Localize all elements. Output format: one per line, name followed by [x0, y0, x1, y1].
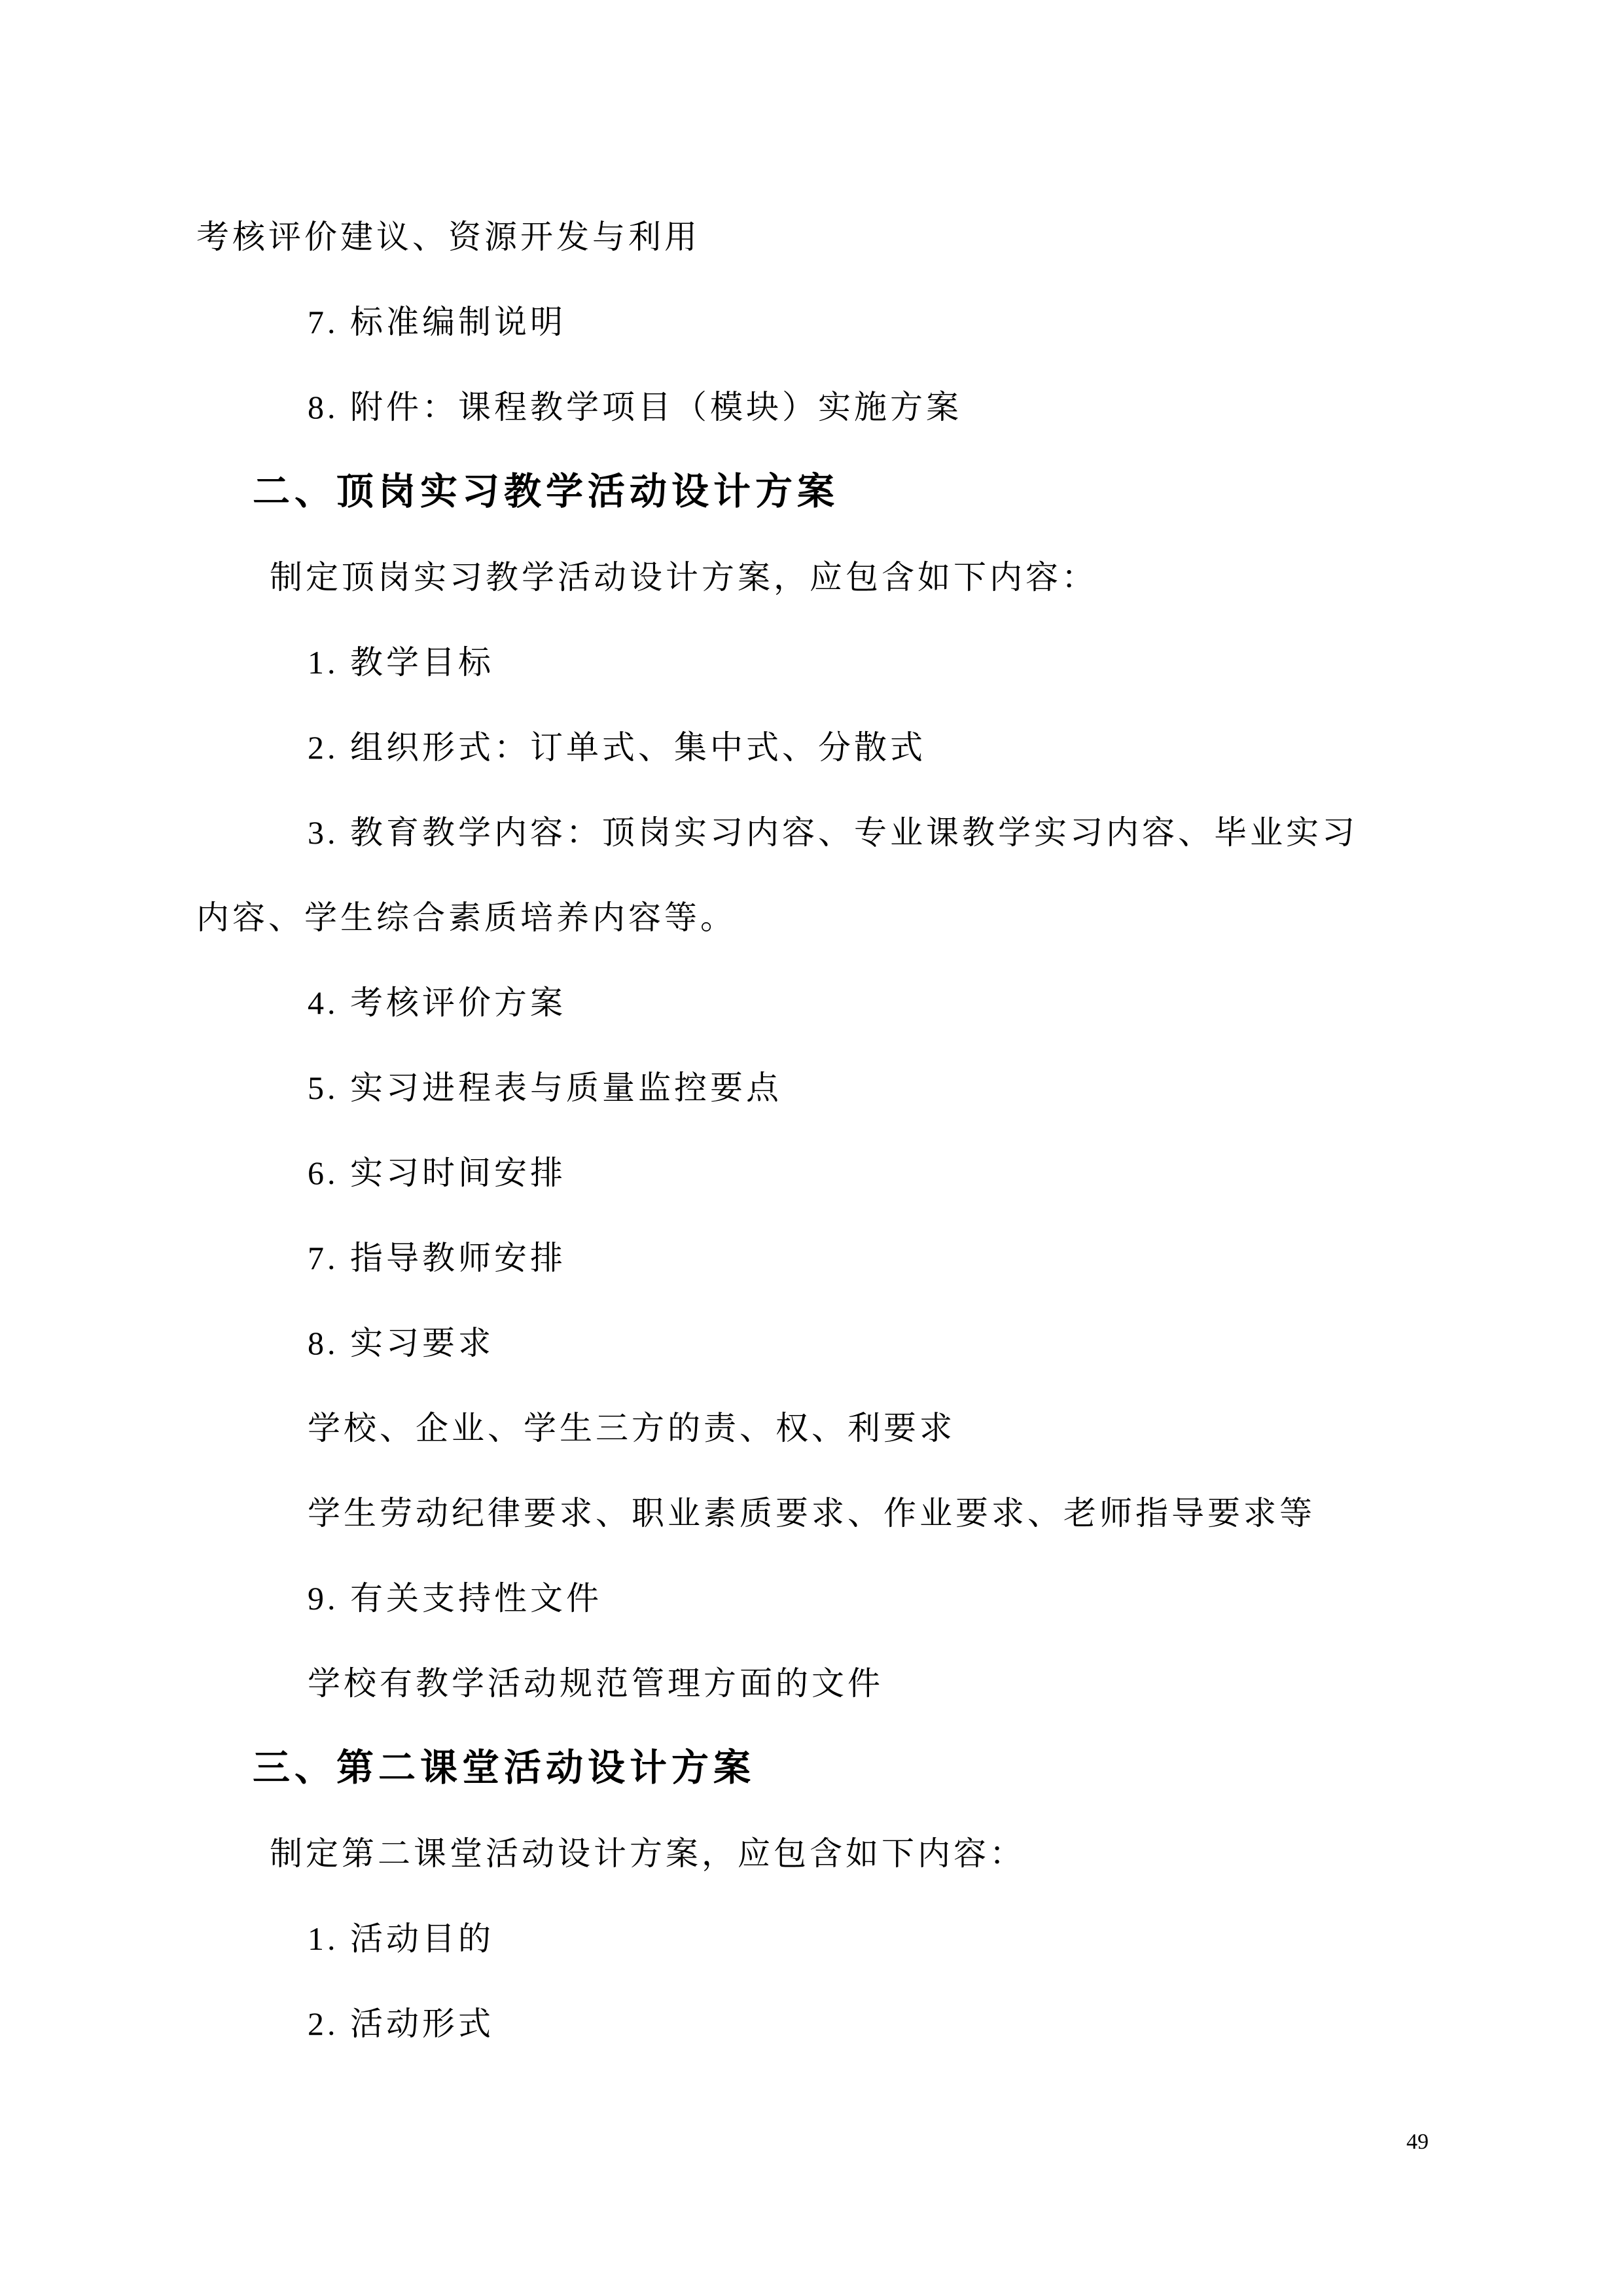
list-item: 8. 实习要求: [308, 1300, 1433, 1386]
list-item: 9. 有关支持性文件: [308, 1556, 1433, 1641]
page-number: 49: [1406, 2126, 1429, 2159]
paragraph-continuation: 考核评价建议、资源开发与利用: [196, 194, 1433, 279]
list-item-detail: 学校、企业、学生三方的责、权、利要求: [308, 1386, 1433, 1471]
list-item-detail: 学生劳动纪律要求、职业素质要求、作业要求、老师指导要求等: [308, 1471, 1433, 1556]
section-heading-2: 二、顶岗实习教学活动设计方案: [253, 450, 1433, 535]
list-item: 1. 教学目标: [308, 620, 1433, 705]
list-item: 6. 实习时间安排: [308, 1130, 1433, 1215]
section-heading-3: 三、第二课堂活动设计方案: [253, 1726, 1433, 1811]
list-item: 4. 考核评价方案: [308, 960, 1433, 1045]
list-item: 2. 活动形式: [308, 1981, 1433, 2066]
document-body: 考核评价建议、资源开发与利用 7. 标准编制说明 8. 附件：课程教学项目（模块…: [196, 194, 1433, 2066]
document-page: 考核评价建议、资源开发与利用 7. 标准编制说明 8. 附件：课程教学项目（模块…: [0, 0, 1623, 2296]
list-item: 7. 标准编制说明: [308, 279, 1433, 365]
list-item-detail: 学校有教学活动规范管理方面的文件: [308, 1641, 1433, 1726]
paragraph: 制定第二课堂活动设计方案，应包含如下内容：: [270, 1811, 1433, 1896]
list-item: 1. 活动目的: [308, 1896, 1433, 1981]
paragraph-continuation: 内容、学生综合素质培养内容等。: [196, 875, 1433, 960]
list-item: 5. 实习进程表与质量监控要点: [308, 1045, 1433, 1130]
list-item: 2. 组织形式：订单式、集中式、分散式: [308, 705, 1433, 790]
list-item: 3. 教育教学内容：顶岗实习内容、专业课教学实习内容、毕业实习: [308, 790, 1433, 875]
list-item: 8. 附件：课程教学项目（模块）实施方案: [308, 365, 1433, 450]
list-item: 7. 指导教师安排: [308, 1215, 1433, 1300]
paragraph: 制定顶岗实习教学活动设计方案，应包含如下内容：: [270, 535, 1433, 620]
